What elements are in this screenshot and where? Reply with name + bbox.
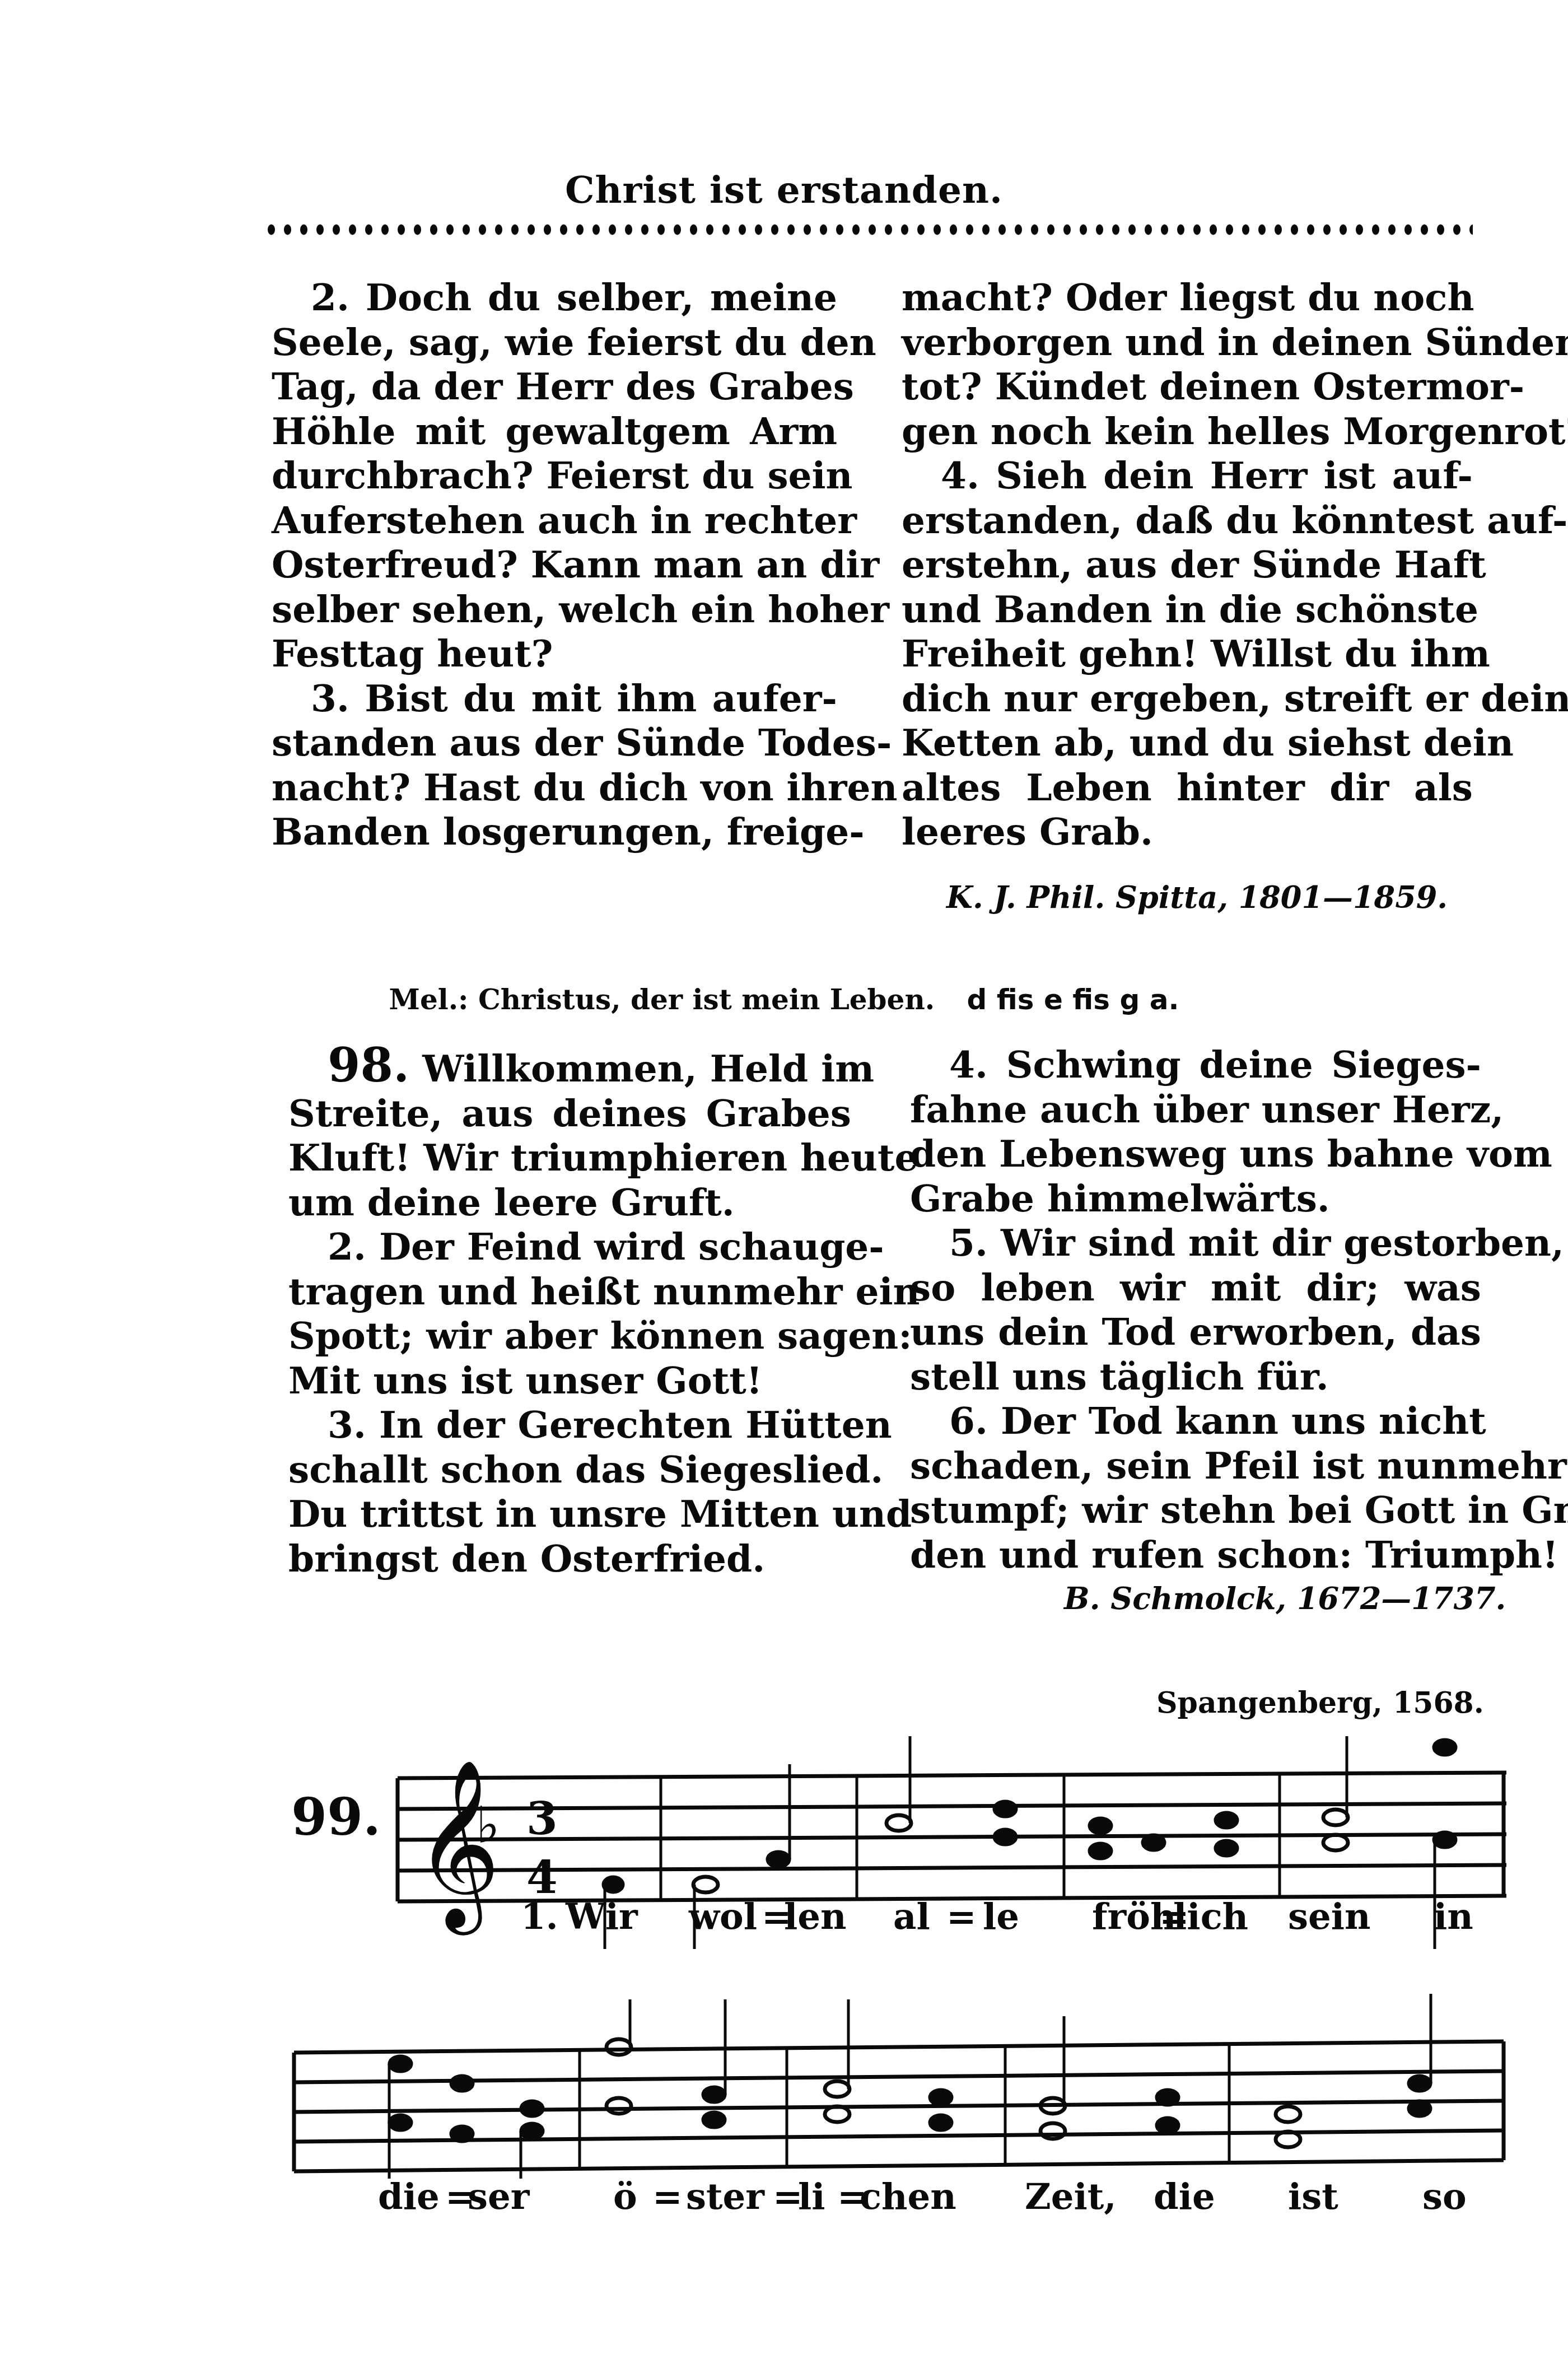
verse-line: Seele, sag, wie feierst du den: [272, 320, 837, 365]
hymn-98-author: B. Schmolck, 1672—1737.: [1064, 1580, 1506, 1616]
verse-line: 4. Schwing deine Sieges-: [910, 1043, 1481, 1088]
lyric-syllable: le: [983, 1896, 1019, 1938]
verse-line: Tag, da der Herr des Grabes: [272, 365, 837, 409]
lyric-syllable: len: [784, 1896, 847, 1938]
lyric-syllable: so: [1422, 2176, 1467, 2218]
verse-line: den Lebensweg uns bahne vom: [910, 1132, 1481, 1177]
verse-number: 1.: [521, 1896, 558, 1938]
verse-line: 5. Wir sind mit dir gestorben,: [910, 1221, 1481, 1266]
verse-line: schallt schon das Siegeslied.: [288, 1448, 851, 1493]
verse-line: tragen und heißt nunmehr ein: [288, 1270, 851, 1314]
verse-line: Spott; wir aber können sagen:: [288, 1314, 851, 1359]
verse-line: tot? Kündet deinen Ostermor-: [902, 365, 1473, 409]
verse-line: Grabe himmelwärts.: [910, 1177, 1481, 1221]
verse-line: Höhle mit gewaltgem Arm: [272, 409, 837, 454]
verse-line: Ketten ab, und du siehst dein: [902, 721, 1473, 766]
verse-line: uns dein Tod erworben, das: [910, 1310, 1481, 1355]
verse-line: Osterfreud? Kann man an dir: [272, 543, 837, 587]
lyric-syllable: chen: [860, 2176, 956, 2218]
verse-line: 4. Sieh dein Herr ist auf-: [902, 454, 1473, 498]
verse-line: 2. Doch du selber, meine: [272, 276, 837, 320]
verse-line: verborgen und in deinen Sünden: [902, 320, 1473, 365]
staff-notation-icon: [283, 1994, 1515, 2184]
lyric-syllable: ster: [686, 2176, 764, 2218]
verse-line-text: Willkommen, Held im: [422, 1047, 874, 1090]
verse-line: erstanden, daß du könntest auf-: [902, 498, 1473, 543]
verse-line: schaden, sein Pfeil ist nunmehr: [910, 1444, 1481, 1489]
hymn-99-number: 99.: [291, 1787, 381, 1847]
verse-line: Banden losgerungen, freige-: [272, 810, 837, 855]
hymn-number: 98.: [328, 1037, 409, 1093]
lyric-syllable: die: [378, 2176, 440, 2218]
verse-line: Du trittst in unsre Mitten und: [288, 1492, 851, 1537]
lyric-syllable: Zeit,: [1025, 2176, 1117, 2218]
verse-line: stell uns täglich für.: [910, 1355, 1481, 1400]
lyric-syllable: wol: [689, 1896, 757, 1938]
lyric-syllable: in: [1434, 1896, 1473, 1938]
verse-line: Freiheit gehn! Willst du ihm: [902, 632, 1473, 677]
verse-line: erstehn, aus der Sünde Haft: [902, 543, 1473, 587]
lyric-hyphen: =: [652, 2176, 683, 2218]
verse-line: bringst den Osterfried.: [288, 1537, 851, 1582]
verse-line: stumpf; wir stehn bei Gott in Gna-: [910, 1488, 1481, 1533]
verse-line: 3. In der Gerechten Hütten: [288, 1403, 851, 1448]
verse-line: und Banden in die schönste: [902, 587, 1473, 632]
hymn-97-author: K. J. Phil. Spitta, 1801—1859.: [946, 879, 1448, 915]
verse-line: 98. Willkommen, Held im: [288, 1043, 851, 1092]
verse-line: selber sehen, welch ein hoher: [272, 587, 837, 632]
verse-line: standen aus der Sünde Todes-: [272, 721, 837, 766]
lyric-syllable: ist: [1288, 2176, 1338, 2218]
verse-line: altes Leben hinter dir als: [902, 766, 1473, 810]
svg-text:3: 3: [526, 1792, 558, 1845]
lyric-syllable: die: [1154, 2176, 1215, 2218]
hymn-97-right-column: macht? Oder liegst du nochverborgen und …: [902, 276, 1473, 855]
verse-line: nacht? Hast du dich von ihren: [272, 766, 837, 810]
verse-line: 2. Der Feind wird schauge-: [288, 1225, 851, 1270]
lyric-syllable: lich: [1173, 1896, 1248, 1938]
verse-line: durchbrach? Feierst du sein: [272, 454, 837, 498]
verse-line: den und rufen schon: Triumph!: [910, 1533, 1481, 1578]
verse-line: Kluft! Wir triumphieren heute: [288, 1136, 851, 1181]
melody-indication: Mel.: Christus, der ist mein Leben. d fi…: [0, 983, 1568, 1016]
page-title: Christ ist erstanden.: [0, 168, 1568, 212]
verse-line: so leben wir mit dir; was: [910, 1266, 1481, 1311]
verse-line: dich nur ergeben, streift er deine: [902, 677, 1473, 721]
hymn-98-left-column: 98. Willkommen, Held imStreite, aus dein…: [288, 1043, 851, 1581]
verse-line: gen noch kein helles Morgenrot?: [902, 409, 1473, 454]
hymn-98-right-column: 4. Schwing deine Sieges-fahne auch über …: [910, 1043, 1481, 1577]
verse-line: 3. Bist du mit ihm aufer-: [272, 677, 837, 721]
dotted-rule-divider: [263, 223, 1473, 236]
lyric-syllable: ö: [613, 2176, 637, 2218]
lyric-syllable: al: [893, 1896, 930, 1938]
melody-notes: d fis e fis g a.: [967, 983, 1179, 1016]
verse-line: macht? Oder liegst du noch: [902, 276, 1473, 320]
lyric-syllable: Wir: [566, 1896, 638, 1938]
verse-line: Mit uns ist unser Gott!: [288, 1359, 851, 1404]
melody-label: Mel.: Christus, der ist mein Leben.: [389, 983, 935, 1016]
svg-text:♭: ♭: [476, 1796, 500, 1855]
verse-line: 6. Der Tod kann uns nicht: [910, 1399, 1481, 1444]
verse-line: leeres Grab.: [902, 810, 1473, 855]
verse-line: Auferstehen auch in rechter: [272, 498, 837, 543]
lyric-hyphen: =: [946, 1896, 977, 1938]
lyric-syllable: li: [798, 2176, 825, 2218]
music-staff-system-2: [283, 1994, 1515, 2184]
lyric-syllable: sein: [1288, 1896, 1371, 1938]
hymn-97-left-column: 2. Doch du selber, meineSeele, sag, wie …: [272, 276, 837, 855]
verse-line: Festtag heut?: [272, 632, 837, 677]
lyric-syllable: ser: [468, 2176, 529, 2218]
verse-line: fahne auch über unser Herz,: [910, 1088, 1481, 1132]
hymn-99-composer: Spangenberg, 1568.: [1156, 1686, 1484, 1720]
verse-line: um deine leere Gruft.: [288, 1181, 851, 1225]
verse-line: Streite, aus deines Grabes: [288, 1092, 851, 1136]
